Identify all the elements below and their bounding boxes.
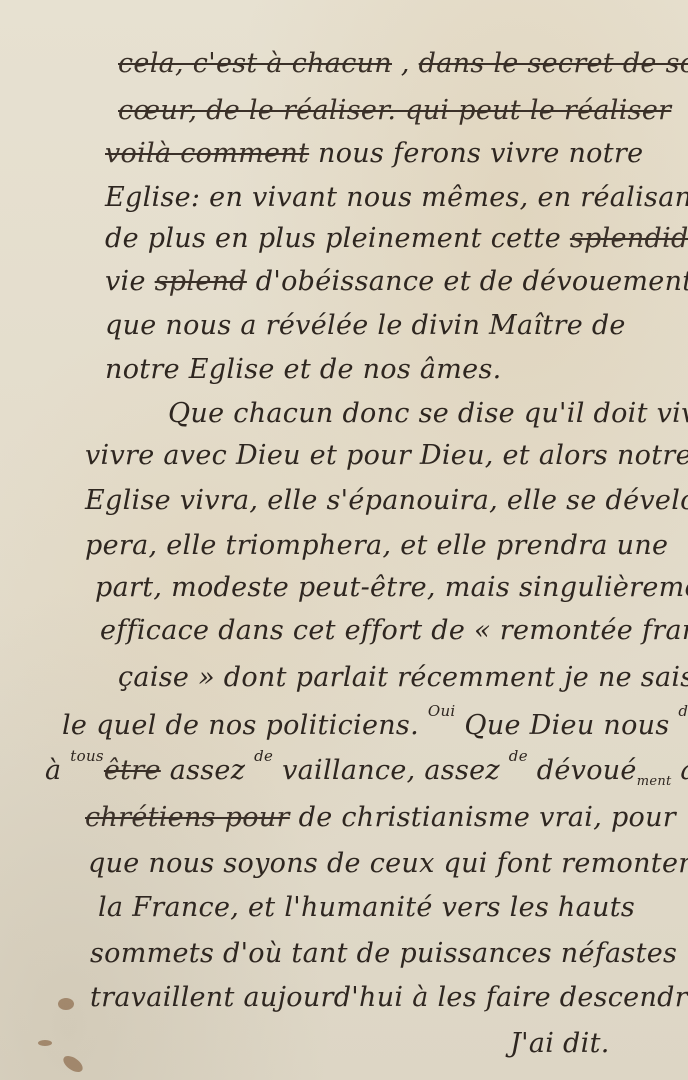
text-run: Eglise: en vivant nous mêmes, en réalisa…	[105, 182, 688, 213]
text-run: vie	[105, 266, 155, 297]
text-run: à	[45, 755, 70, 786]
manuscript-line: à tousêtre assez de vaillance, assez de …	[45, 755, 688, 786]
text-run: pera, elle triomphera, et elle prendra u…	[85, 530, 668, 561]
interlinear-insertion: de	[509, 747, 528, 765]
interlinear-insertion: de	[254, 747, 273, 765]
struck-text: être	[104, 755, 161, 786]
manuscript-line: que nous a révélée le divin Maître de	[105, 310, 626, 341]
manuscript-line: chrétiens pour de christianisme vrai, po…	[85, 802, 676, 833]
manuscript-page: cela, c'est à chacun , dans le secret de…	[0, 0, 688, 1080]
text-run: de plus en plus pleinement cette	[105, 223, 570, 254]
interlinear-insertion: donne	[678, 702, 688, 720]
manuscript-line: vivre avec Dieu et pour Dieu, et alors n…	[85, 440, 688, 471]
text-run: vaillance, assez	[273, 755, 509, 786]
text-run: assez	[161, 755, 254, 786]
manuscript-line: le quel de nos politiciens. Oui Que Dieu…	[62, 710, 688, 741]
struck-text: splendide	[570, 223, 688, 254]
text-run: la France, et l'humanité vers les hauts	[98, 892, 635, 923]
manuscript-line: Que chacun donc se dise qu'il doit vivre…	[168, 398, 688, 429]
struck-text: dans le secret de son	[419, 48, 688, 79]
manuscript-line: part, modeste peut-être, mais singulière…	[95, 572, 688, 603]
text-run: part, modeste peut-être, mais singulière…	[95, 572, 688, 603]
text-run: çaise » dont parlait récemment je ne sai…	[118, 662, 688, 693]
text-run: Que chacun donc se dise qu'il doit vivre…	[168, 398, 688, 429]
text-run: sommets d'où tant de puissances néfastes	[90, 938, 677, 969]
manuscript-line: cela, c'est à chacun , dans le secret de…	[118, 48, 688, 79]
text-run: que nous soyons de ceux qui font remonte…	[88, 848, 688, 879]
manuscript-line: pera, elle triomphera, et elle prendra u…	[85, 530, 668, 561]
sublinear-insertion: ment	[637, 774, 672, 789]
manuscript-line: vie splend d'obéissance et de dévouement	[105, 266, 688, 297]
ink-stain	[38, 1040, 52, 1046]
manuscript-line: J'ai dit.	[510, 1028, 610, 1059]
ink-stain	[61, 1053, 86, 1075]
interlinear-insertion: Oui	[428, 702, 456, 720]
text-run: ,	[392, 48, 419, 79]
text-run: Eglise vivra, elle s'épanouira, elle se …	[85, 485, 688, 516]
text-run: d'obéissance et de dévouement	[247, 266, 688, 297]
struck-text: chrétiens pour	[85, 802, 290, 833]
manuscript-line: Eglise vivra, elle s'épanouira, elle se …	[85, 485, 688, 516]
manuscript-line: de plus en plus pleinement cette splendi…	[105, 223, 688, 254]
text-run: de christianisme vrai, pour	[290, 802, 676, 833]
interlinear-insertion: tous	[70, 747, 104, 765]
text-run: que nous a révélée le divin Maître de	[105, 310, 626, 341]
text-run: le quel de nos politiciens.	[62, 710, 428, 741]
manuscript-line: sommets d'où tant de puissances néfastes	[90, 938, 677, 969]
manuscript-line: cœur, de le réaliser. qui peut le réalis…	[118, 95, 671, 126]
text-run: nous ferons vivre notre	[309, 138, 643, 169]
text-run: dévoué	[528, 755, 637, 786]
text-run: travaillent aujourd'hui à les faire desc…	[90, 982, 688, 1013]
text-run: J'ai dit.	[510, 1028, 610, 1059]
manuscript-line: çaise » dont parlait récemment je ne sai…	[118, 662, 688, 693]
manuscript-line: travaillent aujourd'hui à les faire desc…	[90, 982, 688, 1013]
manuscript-line: voilà comment nous ferons vivre notre	[105, 138, 643, 169]
ink-stain	[58, 998, 74, 1010]
text-run: vivre avec Dieu et pour Dieu, et alors n…	[85, 440, 688, 471]
struck-text: voilà comment	[105, 138, 309, 169]
text-run: efficace dans cet effort de « remontée f…	[100, 615, 688, 646]
manuscript-line: que nous soyons de ceux qui font remonte…	[88, 848, 688, 879]
struck-text: cœur, de le réaliser. qui peut le réalis…	[118, 95, 671, 126]
manuscript-line: efficace dans cet effort de « remontée f…	[100, 615, 688, 646]
manuscript-line: la France, et l'humanité vers les hauts	[98, 892, 635, 923]
struck-text: splend	[155, 266, 247, 297]
struck-text: cela, c'est à chacun	[118, 48, 392, 79]
text-run: assez	[672, 755, 688, 786]
manuscript-line: notre Eglise et de nos âmes.	[105, 354, 502, 385]
text-run: notre Eglise et de nos âmes.	[105, 354, 502, 385]
manuscript-line: Eglise: en vivant nous mêmes, en réalisa…	[105, 182, 688, 213]
text-run: Que Dieu nous	[456, 710, 679, 741]
